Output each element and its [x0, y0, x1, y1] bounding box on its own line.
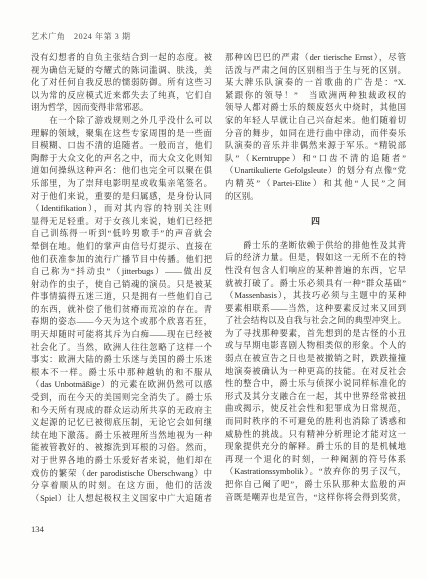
text-line: 地演奏被确认为一种更高的技能。在对反社会 — [225, 366, 406, 379]
text-line: 的东西，就补偿了他们贫瘠而荒凉的存在。青 — [31, 304, 212, 317]
text-line: 和今天所有现成的群众运动所共享的无政府主 — [31, 405, 212, 418]
text-line: 把你自己阉了吧”，爵士乐队那种太监般的声 — [225, 479, 406, 492]
text-line: 或与早期电影喜剧人物相类似的形象。个人的 — [225, 340, 406, 353]
text-line: 事实：欧洲大陆的爵士乐迷与美国的爵士乐迷 — [31, 354, 212, 367]
text-line: 根本不一样。爵士乐中那种越轨的和不服从 — [31, 367, 212, 380]
text-line: 威胁性的挑战。只有精神分析理论才能对这一 — [225, 429, 406, 442]
text-line: 队演奏的音乐并非偶然来源于军乐。“精锐部 — [225, 140, 406, 153]
text-line: 那种凶巴巴的严肃（der tierische Ernst），尽管 — [225, 52, 406, 65]
text-line: 在一个除了游戏规则之外几乎没什么可以 — [31, 115, 212, 128]
text-line: 目模糊、口齿不清的追随者。一般而言，他们 — [31, 140, 212, 153]
text-line: 理解的领域，聚集在这些专家周围的是一些面 — [31, 128, 212, 141]
text-line: 音既是嘲弄也是宣告，“这样你将会得到奖赏， — [225, 492, 406, 505]
text-line: 而同时秩序的不可避免的胜利也消除了诱惑和 — [225, 416, 406, 429]
text-line: 爵士乐的垄断依赖于供给的排他性及其背 — [225, 240, 406, 253]
page-number: 134 — [31, 524, 44, 534]
text-line: （das Unbotmäßige）的元素在欧洲仍然可以感 — [31, 379, 212, 392]
text-line: 视为确信无疑的夸耀式的陈词滥调、肤浅，美 — [31, 65, 212, 78]
text-line: 为了寻找那种要素，首先想到的是古怪的小丑 — [225, 328, 406, 341]
text-line: 显得无足轻重。对于女孩儿来说，她们已经把 — [31, 216, 212, 229]
text-line: 春期的姿态——今天为这个或那个欣喜若狂， — [31, 316, 212, 329]
right-column-part1: 那种凶巴巴的严肃（der tierische Ernst），尽管活泼与严肃之间的… — [225, 52, 406, 203]
text-line: 就被打破了。爵士乐必须具有一种“群众基础” — [225, 278, 406, 291]
text-line: 后的经济力量。但是，假如这一无所不在的特 — [225, 252, 406, 265]
text-line: 乐部里，为了崇拜电影明星或收集亲笔签名。 — [31, 178, 212, 191]
journal-page: 艺术广角 2024 年第 3 期 没有幻想者的自负主张结合到一起的态度。被视为确… — [0, 0, 427, 579]
journal-title-issue: 艺术广角 2024 年第 3 期 — [31, 32, 131, 41]
text-line: 要素相联系——当然，这种要素反过来又回到 — [225, 303, 406, 316]
text-line: 对于世界各地的爵士乐爱好者来说，他们却在 — [31, 455, 212, 468]
text-line: 诩为哲学，因而变得非常邪恶。 — [31, 102, 212, 115]
text-line: 以为常的反应模式近来都失去了纯真，它们自 — [31, 90, 212, 103]
text-line: 对于他们来说，重要的是归属感，是身份认同 — [31, 191, 212, 204]
text-line: 现象提供充分的解释。爵士乐的目的是机械地 — [225, 441, 406, 454]
text-line: 社会化了。当然，欧洲人往往忽略了这样一个 — [31, 342, 212, 355]
text-line: （Massenbasis），其技巧必须与主题中的某种 — [225, 290, 406, 303]
text-line: 性没有包含人们响应的某种普遍的东西，它早 — [225, 265, 406, 278]
text-line: 了社会结构以及自我与社会之间的典型冲突上。 — [225, 315, 406, 328]
text-line: 续在地下激荡。爵士乐被理所当然地视为一种 — [31, 430, 212, 443]
text-line: 分音的舞步，如同在进行曲中律动，而伴奏乐 — [225, 128, 406, 141]
text-line: 戏仿的繁荣（der parodistische Überschwang）中 — [31, 468, 212, 481]
text-line: 的区别。 — [225, 191, 406, 204]
text-line: 道如何操纵这种声名：他们也完全可以聚在俱 — [31, 165, 212, 178]
text-line: 形式及其分支融合在一起，其中世界经常被扭 — [225, 391, 406, 404]
text-line: 弱点在被宣告之日也是被撤销之时，跌跌撞撞 — [225, 353, 406, 366]
text-line: 射动作的虫子，使自己销魂的演员。只是被某 — [31, 279, 212, 292]
text-line: 自己称为“抖动虫”（jitterbugs）——做出反 — [31, 266, 212, 279]
text-line: 他们获准参加的流行广播节目中传播。他们把 — [31, 254, 212, 267]
text-line: 明天却随时可能将其斥为白痴——现在已经被 — [31, 329, 212, 342]
two-column-text-body: 没有幻想者的自负主张结合到一起的态度。被视为确信无疑的夸耀式的陈词滥调、肤浅，美… — [31, 52, 406, 505]
text-line: 某大牌乐队演奏的一首歌曲的广告是：“X. — [225, 77, 406, 90]
text-line: 义起源的记忆已被彻底压制，无论它会如何继 — [31, 417, 212, 430]
text-line: 再现一个退化的时刻，一种阉割的符号体系 — [225, 454, 406, 467]
text-line: （Spiel）让人想起极权主义国家中广大追随者 — [31, 493, 212, 506]
left-column: 没有幻想者的自负主张结合到一起的态度。被视为确信无疑的夸耀式的陈词滥调、肤浅，美… — [31, 52, 212, 505]
section-heading: 四 — [225, 215, 406, 228]
page-header: 艺术广角 2024 年第 3 期 — [31, 31, 131, 42]
right-column-part2: 爵士乐的垄断依赖于供给的排他性及其背后的经济力量。但是，假如这一无所不在的特性没… — [225, 240, 406, 504]
text-line: 晕倒在地。他们的掌声由信号灯提示、直接在 — [31, 241, 212, 254]
text-line: 陶醉于大众文化的声名之中，而大众文化则知 — [31, 153, 212, 166]
text-line: 曲或揭示，使反社会性和犯罪成为日常规范， — [225, 403, 406, 416]
right-column: 那种凶巴巴的严肃（der tierische Ernst），尽管活泼与严肃之间的… — [225, 52, 406, 505]
text-line: （Identifikation），而对其内容的特别关注则 — [31, 203, 212, 216]
text-line: 分享着顺从的时刻。在这方面，他们的活泼 — [31, 480, 212, 493]
text-line: 内精英”（Partei-Elite）和其他“人民”之间 — [225, 178, 406, 191]
text-line: 家的年轻人早就让自己兴奋起来。他们随着切 — [225, 115, 406, 128]
text-line: 队”（Kerntruppe）和“口齿不清的追随者” — [225, 153, 406, 166]
text-line: （Kastrationssymbolik）。“放弃你的男子汉气， — [225, 466, 406, 479]
text-line: 自己训练得一听到“低吟男歌手”的声音就会 — [31, 228, 212, 241]
text-line: 没有幻想者的自负主张结合到一起的态度。被 — [31, 52, 212, 65]
text-line: 紧跟你的领导！” 当欧洲两种独裁政权的 — [225, 90, 406, 103]
text-line: （Unartikulierte Gefolgsleute）的划分有点像“党 — [225, 165, 406, 178]
text-line: 能被管教好的、被擦洗到耳根的习俗。然而， — [31, 442, 212, 455]
text-line: 件事情搞得五迷三道，只是拥有一些他们自己 — [31, 291, 212, 304]
text-line: 化了对任何自我反思的懦弱防御。所有这些习 — [31, 77, 212, 90]
text-line: 受到，而在今天的美国则完全消失了。爵士乐 — [31, 392, 212, 405]
text-line: 领导人都对爵士乐的颓废怒火中烧时，其他国 — [225, 102, 406, 115]
text-line: 活泼与严肃之间的区别相当于生与死的区别。 — [225, 65, 406, 78]
text-line: 性的整合中，爵士乐与侦探小说同样标准化的 — [225, 378, 406, 391]
